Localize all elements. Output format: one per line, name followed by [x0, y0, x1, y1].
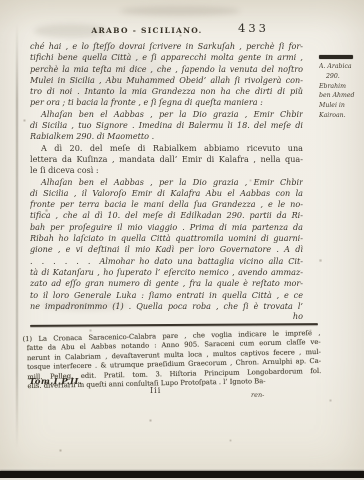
body-line: Rabialkem 290. di Maometto .	[30, 131, 303, 142]
body-line: perchè la mia teſta mi dice , che , ſape…	[30, 64, 303, 75]
body-line: le ſi diceva così :	[30, 165, 303, 176]
body-line: gione , e vi deſtinai il mio Kadì per lo…	[30, 244, 303, 255]
scanned-page: ARABO - SICILIANO. 433 ché hai , e lo ſt…	[0, 0, 364, 480]
body-line: Alhaſan ben el Aabbas , per la Dio grazi…	[30, 109, 303, 120]
body-line: ché hai , e lo ſteſſo dovrai ſcrivere in…	[30, 41, 303, 52]
margin-note-line: A. Arabica	[319, 62, 363, 72]
body-line: to il loro Generale Luka : ſiamo entrati…	[30, 290, 303, 301]
body-line: zato ad eſſo gran numero di gente , fra …	[30, 278, 303, 289]
body-line: tifichi bene quella Città , e ſi apparec…	[30, 52, 303, 63]
body-line: per ora ; ti bacia la fronte , e ſi ſegn…	[30, 97, 303, 108]
tome-label: Tom.I.P.II.	[29, 377, 82, 387]
body-line: Ribah ho laſciato in quella Città quattr…	[30, 233, 303, 244]
scan-bottom-edge	[0, 471, 364, 478]
scan-speckles	[0, 0, 1, 1]
page-catchword: ho	[30, 311, 303, 321]
body-text: ché hai , e lo ſteſſo dovrai ſcrivere in…	[30, 41, 303, 312]
margin-note-line: ben Ahmed	[319, 91, 363, 101]
signature-mark: Iii	[150, 386, 161, 395]
body-line: Alhaſan ben el Aabbas , per la Dio grazi…	[30, 177, 303, 188]
margin-note-line: Ebrahim	[319, 82, 363, 92]
body-line: di Sicilia , tuo Signore . Imedina di Ba…	[30, 120, 303, 131]
footnote-catchword: ren-	[251, 391, 264, 399]
margin-note-line: 290.	[319, 72, 363, 82]
running-title: ARABO - SICILIANO.	[82, 26, 212, 35]
page-number: 433	[238, 21, 269, 35]
body-line: lettera da Kuſinza , mandata dall’ Emir …	[30, 154, 303, 165]
body-line: bah per proſeguire il mio viaggio . Prim…	[30, 222, 303, 233]
scan-smudge	[120, 6, 240, 16]
body-line: tà di Katanſaru , ho ſuperato l’ eſercit…	[30, 267, 303, 278]
body-line: . . . . . . Almohar ho dato una battagli…	[30, 256, 303, 267]
footnote-rule	[30, 323, 318, 327]
margin-note: A. Arabica 290. Ebrahim ben Ahmed Mulei …	[319, 55, 363, 121]
body-line: tifica , che al dì 10. del meſe di Edilk…	[30, 210, 303, 221]
page-crease-line	[16, 24, 18, 448]
body-line: di Sicilia , il Valoroſo Emir di Kalafra…	[30, 188, 303, 199]
body-line: Mulei in Sicilia , Abu Muhammed Obeid’ a…	[30, 75, 303, 86]
margin-note-rule	[319, 55, 353, 59]
body-line: tro di noi . Intanto la mia Grandezza no…	[30, 86, 303, 97]
body-line: A dì 20. del meſe di Rabialkem abbiamo r…	[30, 143, 303, 154]
margin-note-line: Mulei in	[319, 101, 363, 111]
margin-note-line: Kairoan.	[319, 111, 363, 121]
body-line: fronte per terra bacia le mani della ſua…	[30, 199, 303, 210]
